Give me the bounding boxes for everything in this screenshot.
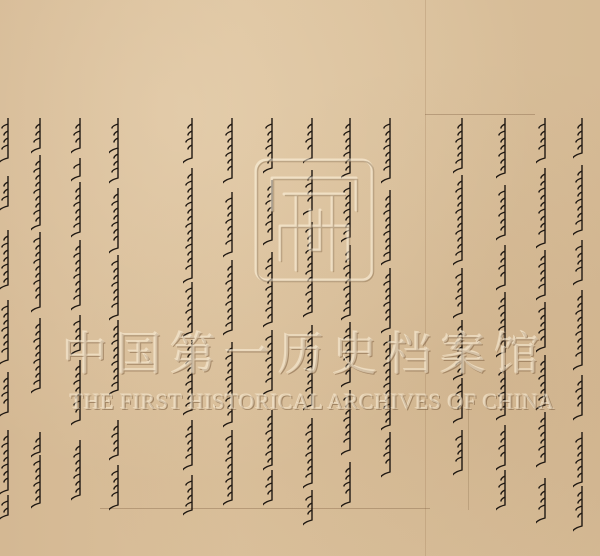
archive-seal-icon — [244, 150, 384, 290]
script-word — [0, 495, 17, 523]
script-word — [573, 165, 591, 238]
watermark-chinese: 中国第一历史档案馆 — [62, 318, 542, 384]
script-word — [71, 182, 89, 240]
script-word — [536, 118, 554, 166]
script-word — [223, 430, 241, 508]
script-word — [303, 418, 321, 491]
script-word — [453, 430, 471, 478]
script-word — [536, 478, 554, 526]
script-word — [31, 155, 49, 233]
script-word — [183, 168, 201, 286]
script-word — [496, 245, 514, 293]
script-word — [109, 188, 127, 256]
ruled-line — [100, 508, 430, 509]
script-word — [183, 475, 201, 518]
script-word — [536, 250, 554, 303]
script-word — [0, 176, 17, 214]
script-word — [31, 318, 49, 396]
script-word — [0, 300, 17, 368]
watermark-english: THE FIRST HISTORICAL ARCHIVES OF CHINA — [70, 389, 540, 415]
script-word — [453, 175, 471, 268]
script-word — [71, 440, 89, 503]
script-word — [0, 230, 17, 293]
script-word — [223, 118, 241, 186]
script-word — [263, 470, 281, 508]
script-word — [536, 412, 554, 470]
script-word — [536, 168, 554, 251]
script-word — [109, 465, 127, 513]
script-word — [573, 118, 591, 161]
script-word — [453, 118, 471, 176]
script-word — [183, 420, 201, 473]
script-word — [303, 490, 321, 528]
script-word — [573, 432, 591, 490]
script-word — [71, 158, 89, 184]
script-word — [71, 118, 89, 156]
script-word — [341, 462, 359, 510]
script-word — [109, 255, 127, 323]
script-word — [109, 420, 127, 463]
script-word — [573, 486, 591, 534]
script-word — [0, 430, 17, 498]
script-word — [109, 148, 127, 186]
script-word — [0, 118, 17, 166]
script-word — [573, 240, 591, 288]
script-word — [263, 410, 281, 473]
script-word — [31, 455, 49, 511]
script-word — [496, 425, 514, 473]
script-word — [496, 118, 514, 181]
script-word — [31, 232, 49, 315]
script-word — [0, 372, 17, 420]
script-word — [381, 432, 399, 480]
ruled-line — [425, 114, 535, 115]
script-word — [496, 185, 514, 243]
script-word — [223, 192, 241, 260]
script-word — [71, 240, 89, 313]
script-word — [573, 375, 591, 423]
script-word — [496, 470, 514, 513]
script-word — [183, 118, 201, 166]
script-word — [31, 118, 49, 156]
paper-seam — [425, 0, 426, 556]
script-word — [453, 268, 471, 321]
script-word — [573, 290, 591, 373]
